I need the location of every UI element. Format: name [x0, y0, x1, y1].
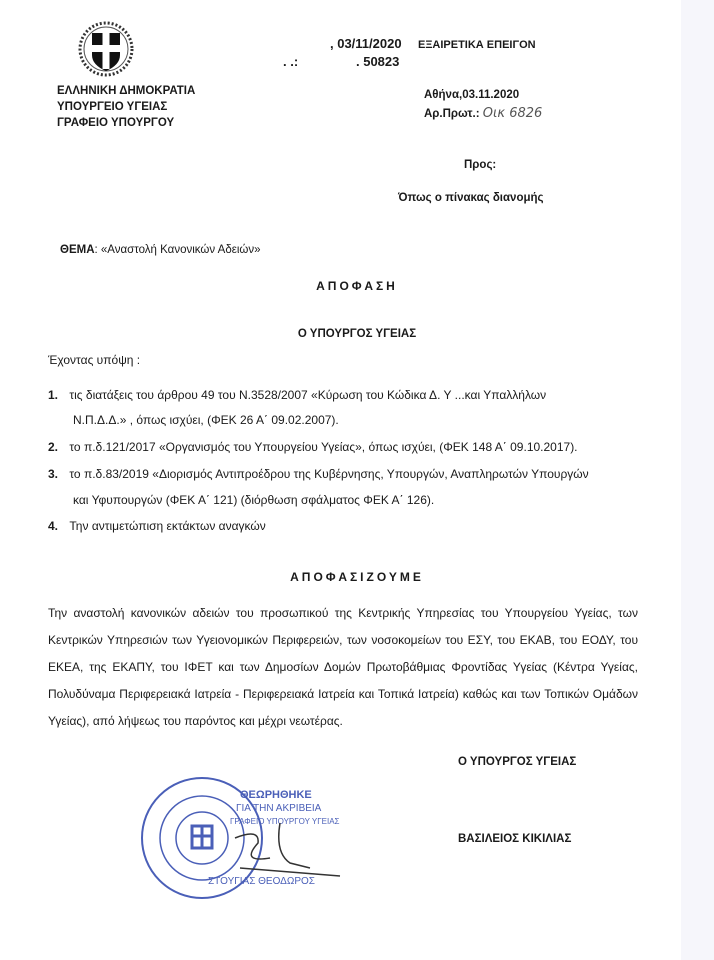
list-item-continuation: και Υφυπουργών (ΦΕΚ Α΄ 121) (διόρθωση σφ…	[73, 493, 434, 507]
signatory-name: ΒΑΣΙΛΕΙΟΣ ΚΙΚΙΛΙΑΣ	[458, 833, 571, 845]
stamp-marks: . .:	[283, 54, 298, 69]
we-decide-title: ΑΠΟΦΑΣΙΖΟΥΜΕ	[0, 570, 714, 584]
seal-certified-line-3: ΓΡΑΦΕΙΟ ΥΠΟΥΡΓΟΥ ΥΓΕΙΑΣ	[230, 817, 340, 826]
considering-label: Έχοντας υπόψη :	[48, 353, 140, 367]
seal-certified-line-1: ΘΕΩΡΗΘΗΚΕ	[240, 789, 312, 801]
protocol-label: Αρ.Πρωτ.:	[424, 108, 480, 120]
list-item: 2. το π.δ.121/2017 «Οργανισμός του Υπουρ…	[48, 440, 578, 454]
subject-line: ΘΕΜΑ: «Αναστολή Κανονικών Αδειών»	[60, 244, 261, 256]
place-date: Αθήνα,03.11.2020	[424, 89, 519, 101]
stamp-date: , 03/11/2020	[330, 36, 402, 51]
subject-label: ΘΕΜΑ	[60, 244, 95, 256]
list-item: 3. το π.δ.83/2019 «Διορισμός Αντιπροέδρο…	[48, 467, 589, 481]
stamp-number: . 50823	[356, 54, 399, 69]
recipient-label: Προς:	[464, 159, 496, 171]
place-date-value: 03.11.2020	[462, 89, 519, 101]
protocol-value: Οικ 6826	[483, 106, 543, 121]
authority-title: Ο ΥΠΟΥΡΓΟΣ ΥΓΕΙΑΣ	[0, 328, 714, 340]
recipient-value: Όπως ο πίνακας διανομής	[398, 192, 544, 204]
list-item: 4. Την αντιμετώπιση εκτάκτων αναγκών	[48, 519, 266, 533]
handwritten-signature	[235, 823, 340, 876]
page-edge-strip	[681, 0, 714, 960]
seal-certifier: ΣΤΟΥΓΙΑΣ ΘΕΟΔΩΡΟΣ	[208, 876, 315, 887]
signature-title: Ο ΥΠΟΥΡΓΟΣ ΥΓΕΙΑΣ	[458, 756, 576, 768]
seal-certified-line-2: ΓΙΑ ΤΗΝ ΑΚΡΙΒΕΙΑ	[236, 803, 322, 814]
greek-coat-of-arms-icon	[78, 21, 134, 77]
list-item-continuation: Ν.Π.Δ.Δ.» , όπως ισχύει, (ΦΕΚ 26 Α΄ 09.0…	[73, 413, 339, 427]
protocol-number: Αρ.Πρωτ.: Οικ 6826	[424, 106, 542, 121]
urgency-label: ΕΞΑΙΡΕΤΙΚΑ ΕΠΕΙΓΟΝ	[418, 39, 536, 51]
list-item: 1. τις διατάξεις του άρθρου 49 του Ν.352…	[48, 388, 546, 402]
decision-title: ΑΠΟΦΑΣΗ	[0, 279, 714, 293]
decision-text: Την αναστολή κανονικών αδειών του προσωπ…	[48, 600, 638, 735]
ministry-name: ΥΠΟΥΡΓΕΙΟ ΥΓΕΙΑΣ	[57, 99, 167, 115]
office-name: ΓΡΑΦΕΙΟ ΥΠΟΥΡΓΟΥ	[57, 115, 174, 131]
org-name: ΕΛΛΗΝΙΚΗ ΔΗΜΟΚΡΑΤΙΑ	[57, 83, 195, 99]
subject-value: : «Αναστολή Κανονικών Αδειών»	[95, 244, 261, 256]
official-seal-stamp: ΘΕΩΡΗΘΗΚΕ ΓΙΑ ΤΗΝ ΑΚΡΙΒΕΙΑ ΓΡΑΦΕΙΟ ΥΠΟΥΡ…	[140, 768, 350, 908]
place-date-label: Αθήνα,	[424, 89, 462, 101]
